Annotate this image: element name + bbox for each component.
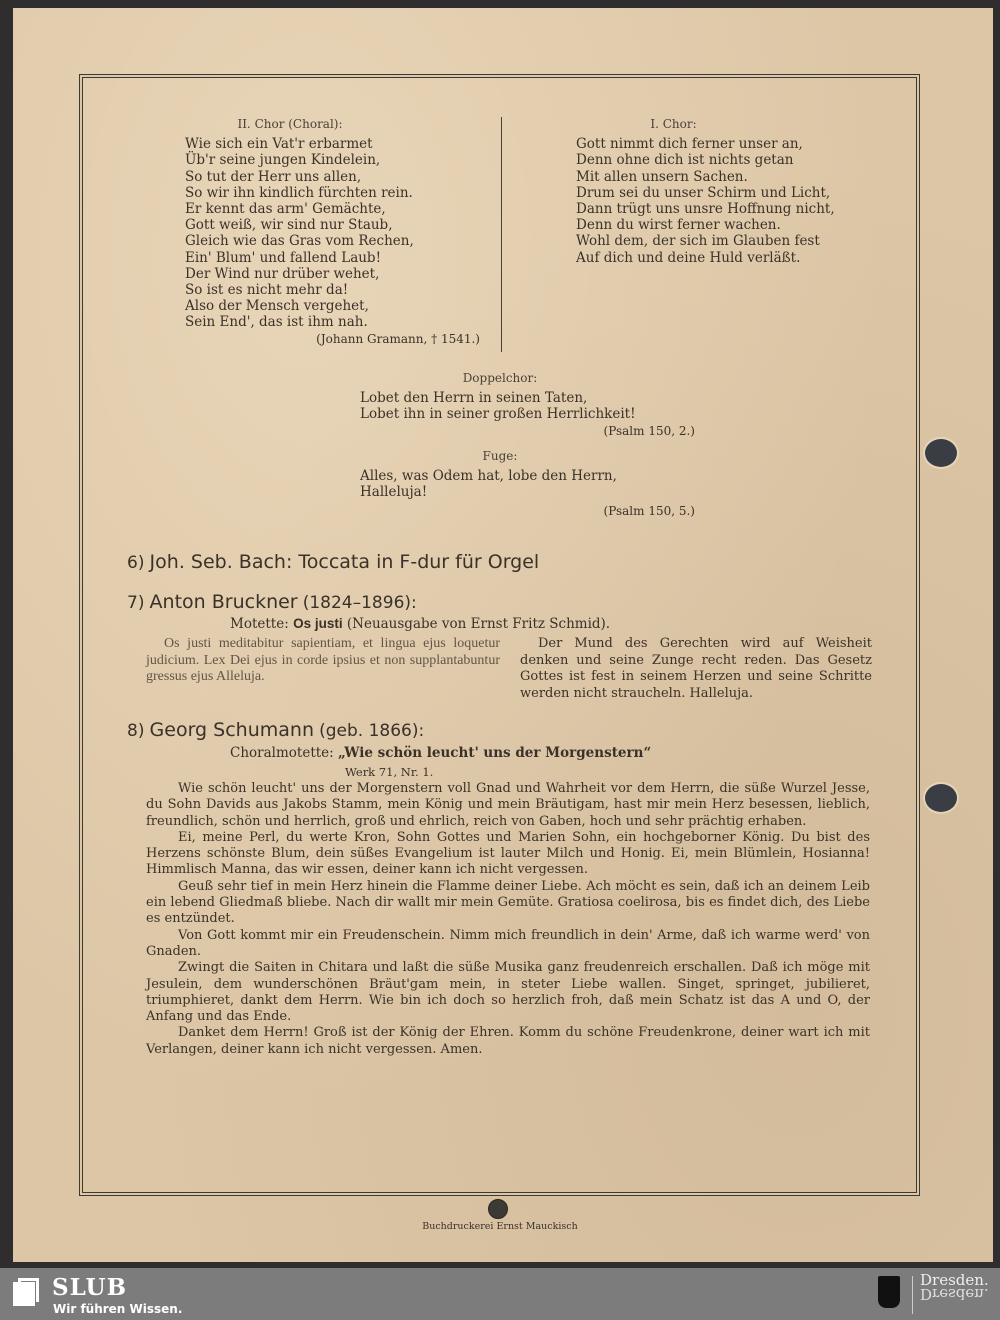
subtitle-suffix: (Neuausgabe von Ernst Fritz Schmid). <box>347 616 610 632</box>
slub-tagline: Wir führen Wissen. <box>53 1302 182 1316</box>
dresden-logo[interactable]: Dresden. Dresden. <box>920 1273 989 1301</box>
choir1-line: Drum sei du unser Schirm und Licht, <box>576 185 866 201</box>
choir2-line: So ist es nicht mehr da! <box>185 282 485 298</box>
work-title: „Wie schön leucht' uns der Morgenstern“ <box>338 745 651 761</box>
double-choir-attribution: (Psalm 150, 2.) <box>360 423 695 439</box>
choir1-line: Auf dich und deine Huld verläßt. <box>576 250 866 266</box>
text-paragraph: Wie schön leucht' uns der Morgenstern vo… <box>146 781 870 830</box>
choir2-line: Sein End', das ist ihm nah. <box>185 314 485 330</box>
item-dates: (1824–1896): <box>303 593 417 613</box>
double-choir-block: Doppelchor: Lobet den Herrn in seinen Ta… <box>360 370 700 439</box>
dresden-crest-icon[interactable] <box>878 1276 900 1308</box>
choir2-line: Er kennt das arm' Gemächte, <box>185 201 485 217</box>
item8-subtitle: Choralmotette: „Wie schön leucht' uns de… <box>230 745 651 761</box>
choir1-line: Dann trügt uns unsre Hoffnung nicht, <box>576 201 866 217</box>
column-divider <box>501 117 502 352</box>
choir1-heading: I. Chor: <box>576 116 771 132</box>
text-paragraph: Geuß sehr tief in mein Herz hinein die F… <box>146 879 870 928</box>
subtitle-prefix: Motette: <box>230 616 289 632</box>
printer-emblem-icon <box>488 1199 508 1219</box>
punch-hole-top <box>925 439 957 467</box>
item-number: 8) <box>127 721 144 741</box>
text-paragraph: Zwingt die Saiten in Chitara und laßt di… <box>146 960 870 1025</box>
item-composer: Georg Schumann <box>150 719 314 741</box>
choir2-line: Wie sich ein Vat'r erbarmet <box>185 136 485 152</box>
slub-logo-icon[interactable] <box>13 1278 43 1306</box>
fugue-attribution: (Psalm 150, 5.) <box>360 503 695 519</box>
text-paragraph: Ei, meine Perl, du werte Kron, Sohn Gott… <box>146 830 870 879</box>
program-item-6: 6) Joh. Seb. Bach: Toccata in F-dur für … <box>127 551 539 573</box>
slub-brand[interactable]: SLUB <box>52 1274 127 1301</box>
double-choir-line: Lobet den Herrn in seinen Taten, <box>360 390 700 406</box>
german-translation: Der Mund des Gerechten wird auf Weisheit… <box>520 636 872 702</box>
choir2-line: Ein' Blum' und fallend Laub! <box>185 250 485 266</box>
choir1-line: Denn du wirst ferner wachen. <box>576 217 866 233</box>
printer-credit: Buchdruckerei Ernst Mauckisch <box>400 1219 600 1235</box>
item-dates: (geb. 1866): <box>319 721 424 741</box>
fugue-line: Halleluja! <box>360 484 700 500</box>
latin-text: Os justi meditabitur sapientiam, et ling… <box>146 636 500 686</box>
choir2-line: Also der Mensch vergehet, <box>185 298 485 314</box>
choir2-line: So tut der Herr uns allen, <box>185 169 485 185</box>
dresden-wordmark-reflection: Dresden. <box>920 1287 989 1301</box>
opus-number: Werk 71, Nr. 1. <box>345 764 433 780</box>
choir1-block: I. Chor: Gott nimmt dich ferner unser an… <box>576 116 866 266</box>
double-choir-line: Lobet ihn in seiner großen Herrlichkeit! <box>360 406 700 422</box>
double-choir-heading: Doppelchor: <box>360 370 640 386</box>
choir1-line: Gott nimmt dich ferner unser an, <box>576 136 866 152</box>
choir2-attribution: (Johann Gramann, † 1541.) <box>185 331 480 347</box>
choir2-line: So wir ihn kindlich fürchten rein. <box>185 185 485 201</box>
item-title: Joh. Seb. Bach: Toccata in F-dur für Org… <box>150 551 540 573</box>
choir1-line: Denn ohne dich ist nichts getan <box>576 152 866 168</box>
item-number: 7) <box>127 593 144 613</box>
choir2-line: Üb'r seine jungen Kindelein, <box>185 152 485 168</box>
program-item-7: 7) Anton Bruckner (1824–1896): <box>127 591 417 613</box>
choir2-line: Gleich wie das Gras vom Rechen, <box>185 233 485 249</box>
choir2-block: II. Chor (Choral): Wie sich ein Vat'r er… <box>185 116 485 347</box>
text-paragraph: Danket dem Herrn! Groß ist der König der… <box>146 1025 870 1058</box>
choir2-heading: II. Chor (Choral): <box>185 116 395 132</box>
fugue-line: Alles, was Odem hat, lobe den Herrn, <box>360 468 700 484</box>
fugue-heading: Fuge: <box>360 448 640 464</box>
text-paragraph: Von Gott kommt mir ein Freudenschein. Ni… <box>146 928 870 961</box>
program-item-8: 8) Georg Schumann (geb. 1866): <box>127 719 424 741</box>
footer-divider <box>912 1276 913 1314</box>
viewer-footer: SLUB Wir führen Wissen. Dresden. Dresden… <box>0 1268 1000 1320</box>
motet-text: Wie schön leucht' uns der Morgenstern vo… <box>146 781 870 1058</box>
item7-subtitle: Motette: Os justi (Neuausgabe von Ernst … <box>230 616 610 632</box>
choir2-line: Der Wind nur drüber wehet, <box>185 266 485 282</box>
item-composer: Anton Bruckner <box>150 591 298 613</box>
item-number: 6) <box>127 553 144 573</box>
choir1-line: Wohl dem, der sich im Glauben fest <box>576 233 866 249</box>
punch-hole-bottom <box>925 784 957 812</box>
choir2-line: Gott weiß, wir sind nur Staub, <box>185 217 485 233</box>
subtitle-prefix: Choralmotette: <box>230 745 334 761</box>
fugue-block: Fuge: Alles, was Odem hat, lobe den Herr… <box>360 448 700 519</box>
work-title: Os justi <box>293 616 343 631</box>
choir1-line: Mit allen unsern Sachen. <box>576 169 866 185</box>
